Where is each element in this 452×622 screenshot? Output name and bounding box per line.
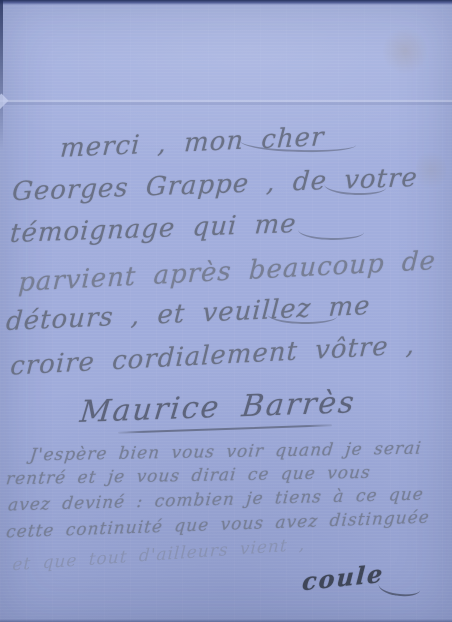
fold-crease: [0, 100, 452, 105]
letter-photo: merci , mon cher Georges Grappe , de vot…: [0, 0, 452, 622]
paper-top-edge: [0, 0, 452, 5]
postscript-closing-word: coule: [301, 559, 385, 597]
paper-stain: [416, 148, 446, 192]
postscript-line: rentré et je vous dirai ce que vous: [5, 463, 372, 489]
pen-flourish: [377, 582, 420, 599]
pen-flourish: [298, 228, 364, 241]
handwriting-line: parvient après beaucoup de: [17, 246, 436, 298]
signature: Maurice Barrès: [78, 385, 357, 430]
handwriting-line: croire cordialement vôtre ,: [9, 330, 416, 381]
postscript-line: et que tout d'ailleurs vient ,: [12, 535, 306, 576]
postscript-line: J'espère bien vous voir quand je serai: [29, 439, 423, 466]
paper-stain: [383, 26, 427, 76]
paper-left-edge: [0, 0, 3, 150]
handwriting-line: témoignage qui me: [9, 209, 298, 249]
